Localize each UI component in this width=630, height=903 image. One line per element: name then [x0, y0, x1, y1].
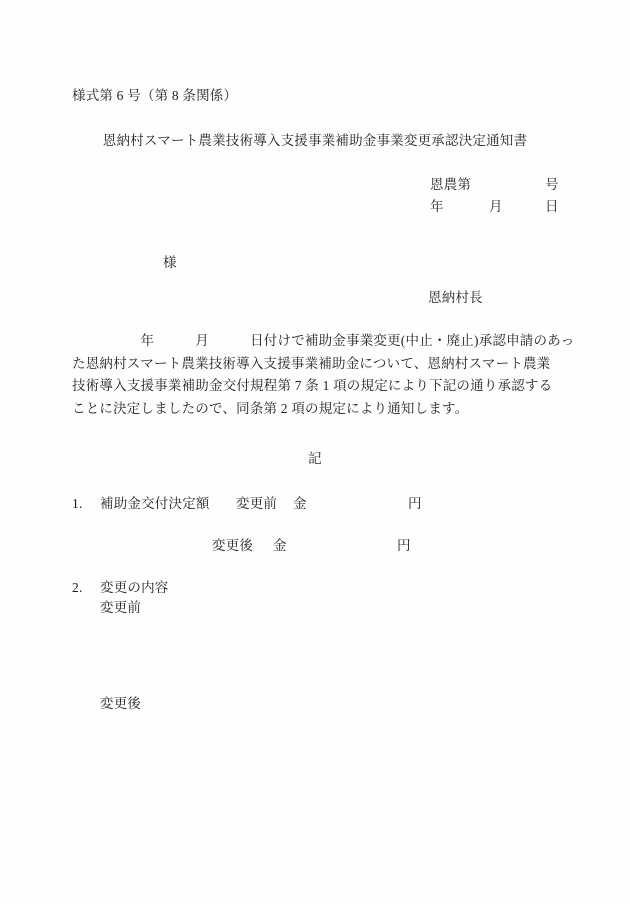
body-paragraph: 年 月 日付けで補助金事業変更(中止・廃止)承認申請のあっ た恩納村スマート農業… [72, 330, 566, 420]
body-line: 技術導入支援事業補助金交付規程第 7 条 1 項の規定により下記の通り承認する [72, 375, 566, 398]
record-heading: 記 [0, 451, 630, 468]
document-page: 様式第 6 号（第 8 条関係） 恩納村スマート農業技術導入支援事業補助金事業変… [0, 0, 630, 903]
date-year-label: 年 [430, 199, 444, 216]
body-line: た恩納村スマート農業技術導入支援事業補助金について、恩納村スマート農業 [72, 353, 566, 376]
date-month-label: 月 [489, 199, 503, 216]
doc-number-suffix: 号 [545, 177, 559, 194]
item-1-after-amount-prefix: 金 [273, 538, 287, 555]
body-line: 年 月 日付けで補助金事業変更(中止・廃止)承認申請のあっ [72, 330, 566, 353]
document-title: 恩納村スマート農業技術導入支援事業補助金事業変更承認決定通知書 [0, 133, 630, 150]
item-1-before-amount-unit: 円 [408, 496, 422, 513]
item-1-after-label: 変更後 [212, 538, 253, 555]
doc-number-prefix: 恩農第 [430, 177, 471, 194]
item-1-number: 1. [72, 496, 83, 513]
form-number: 様式第 6 号（第 8 条関係） [72, 88, 237, 105]
addressee-honorific: 様 [163, 255, 177, 272]
sender-name: 恩納村長 [428, 290, 483, 307]
item-1-before-amount-prefix: 金 [293, 496, 307, 513]
item-1-before-label: 変更前 [236, 496, 277, 513]
date-day-label: 日 [545, 199, 559, 216]
item-2-number: 2. [72, 580, 83, 597]
item-2-before-label: 変更前 [100, 600, 141, 617]
body-line: ことに決定しましたので、同条第 2 項の規定により通知します。 [72, 398, 566, 421]
item-1-title: 補助金交付決定額 [100, 496, 210, 513]
item-2-after-label: 変更後 [100, 696, 141, 713]
item-2-title: 変更の内容 [100, 580, 169, 597]
item-1-after-amount-unit: 円 [397, 538, 411, 555]
